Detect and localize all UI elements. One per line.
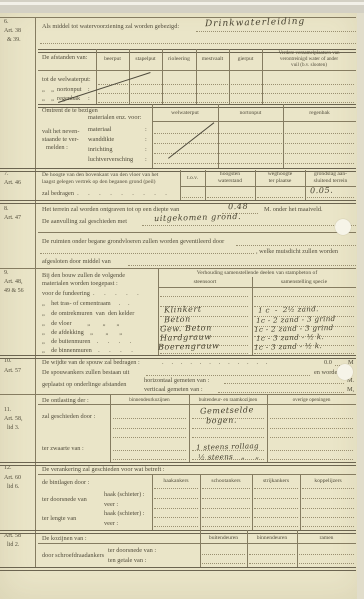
dotted-line: [98, 84, 354, 85]
dotted-line: [154, 488, 198, 489]
section-number: 8.: [4, 206, 9, 213]
scan-top-highlight: [0, 2, 364, 5]
ventilation-label: De ruimten onder begane grondvloeren zul…: [42, 238, 224, 245]
dotted-line: [192, 437, 264, 438]
article-label: Art. 57: [4, 368, 21, 375]
col-header-grondslag: sluitend terrein: [305, 178, 356, 184]
materialen-header: Omtrent de te bezigen: [42, 107, 98, 114]
kozijnen-header: De kozijnen van :: [42, 535, 87, 542]
backfill-label: De aanvulling zal geschieden met: [42, 218, 127, 225]
col-header-mestvaalt: mestvaalt: [196, 56, 229, 62]
ter-zwaarte-label: ter zwaarte van :: [42, 445, 84, 452]
ontlasting-handwritten: bogen.: [206, 416, 237, 426]
row-label-fundeering: voor de fundeering . . . . .: [42, 290, 139, 297]
steensoort-handwritten: Beton: [164, 315, 191, 325]
col-header-welwaterput: welwaterput: [152, 110, 218, 116]
col-header-haakankers: haakankers: [152, 478, 200, 484]
materials-used-label: materialen worden toegepast :: [42, 280, 118, 287]
schroefdraadankers-label: door schroefdraadankers: [42, 552, 104, 559]
column-divider: [305, 170, 306, 200]
ratio-header: Verhouding samenstellende deelen van sta…: [158, 270, 356, 276]
zwaarte-handwritten: 1 steens rollaag: [196, 441, 259, 452]
section-number: 7.: [4, 171, 9, 178]
row-label-vloer: „ de vloer „ „ „: [42, 320, 119, 327]
dotted-line: [249, 563, 295, 564]
margin-divider: [35, 17, 36, 567]
dotted-line: [224, 383, 344, 384]
dotted-line: [98, 102, 354, 103]
veer-label: veer :: [104, 501, 118, 508]
dotted-line: [113, 459, 186, 460]
column-divider: [252, 474, 253, 530]
dotted-line: [154, 526, 198, 527]
column-divider: [218, 104, 219, 168]
materialen-header: materialen enz. voor:: [88, 114, 141, 121]
dotted-line: [142, 225, 356, 226]
dotted-line: [202, 488, 250, 489]
article-label: Art. 46: [4, 180, 21, 187]
column-divider: [247, 530, 248, 567]
col-header-ramen: ramen: [297, 535, 356, 541]
zwaarte-handwritten: ½ steens „ „: [198, 451, 259, 462]
article-label: Art. 48,: [4, 279, 23, 286]
row-label-nortonput: „ „ nortonput :: [42, 86, 90, 93]
col-header-schootankers: schootankers: [200, 478, 252, 484]
section-number: 12.: [4, 465, 12, 472]
dotted-line: [113, 428, 186, 429]
dotted-line: [98, 93, 354, 94]
floor-height-label: laagst gelegen vertrek op den beganen gr…: [42, 179, 156, 185]
dotted-line: [202, 554, 245, 555]
veer-label: veer :: [104, 520, 118, 527]
side-note: valt het neven-: [42, 128, 79, 135]
dotted-line: [160, 296, 248, 297]
materials-used-label: Bij den bouw zullen de volgende: [42, 272, 125, 279]
dotted-line: [202, 508, 250, 509]
zal-geschieden-label: zal geschieden door :: [42, 413, 95, 420]
article-label: lid 2.: [7, 542, 19, 549]
col-header-strijkankers: strijkankers: [252, 478, 300, 484]
colon: :: [145, 156, 147, 163]
column-divider: [229, 49, 230, 104]
steensoort-handwritten: Boerengrauw: [158, 341, 220, 352]
hole-punch: [337, 364, 353, 380]
rule: [38, 232, 356, 233]
article-label: Art. 47: [4, 215, 21, 222]
dotted-line: [154, 163, 354, 164]
col-header-koppelijzers: koppelijzers: [300, 478, 356, 484]
mouseproof-label: , welke muisdicht zullen worden: [256, 248, 338, 255]
dotted-line: [154, 153, 354, 154]
side-note: melden :: [46, 144, 68, 151]
dotted-line: [270, 428, 353, 429]
column-divider: [200, 474, 201, 530]
unit-label: M,: [347, 386, 354, 393]
form-bottom-rule: [0, 567, 356, 571]
cavity-width-value: 0.0: [324, 359, 332, 366]
dotted-line: [154, 133, 354, 134]
dotted-line: [236, 245, 356, 246]
row-label-inrichting: inrichting: [88, 146, 112, 153]
column-divider: [129, 49, 130, 104]
dotted-line: [254, 296, 354, 297]
dotted-line: [254, 517, 298, 518]
spacing-label: geplaatst op onderlinge afstanden: [42, 381, 126, 388]
dotted-line: [128, 265, 356, 266]
column-divider: [152, 474, 153, 530]
col-header-binnendeuren: binnendeuren: [247, 535, 297, 541]
getale-label: ten getale van :: [108, 557, 146, 564]
dotted-line: [302, 508, 354, 509]
dotted-line: [202, 563, 245, 564]
section-rule: [0, 200, 356, 204]
dotted-line: [299, 554, 354, 555]
dotted-line: [270, 450, 353, 451]
hole-punch: [335, 219, 351, 235]
dotted-line: [40, 253, 254, 254]
dotted-line: [254, 526, 298, 527]
water-supply-handwritten-value: Drinkwaterleiding: [205, 17, 305, 30]
column-divider: [152, 104, 153, 168]
column-divider: [110, 394, 111, 462]
col-header-weghoogte: ter plaatse: [255, 178, 305, 184]
scan-right-edge: [357, 13, 364, 599]
dotted-line: [254, 508, 298, 509]
dotted-line: [202, 517, 250, 518]
steensoort-handwritten: Klinkert: [164, 305, 202, 315]
floor-height-label: De hoogte van den bovenkant van den vloe…: [42, 172, 158, 178]
article-label: Art. 58: [4, 533, 21, 540]
article-label: lid 3.: [7, 425, 19, 432]
dotted-line: [254, 353, 354, 354]
dotted-line: [257, 197, 303, 198]
dotted-line: [270, 437, 353, 438]
article-label: Art. 38: [4, 28, 21, 35]
dotted-line: [299, 563, 354, 564]
wall-ties-label: De spouwankers zullen bestaan uit: [42, 369, 129, 376]
row-label-luchtverversching: luchtverversching: [88, 156, 133, 163]
column-divider: [267, 394, 268, 462]
row-label-omtrekmuren: „ de omtrekmuren van den kelder: [42, 310, 134, 317]
distances-header: De afstanden van:: [42, 54, 87, 61]
colon: :: [145, 136, 147, 143]
dot-leader: . . . . . . . . . . . .: [162, 359, 267, 366]
column-divider: [96, 49, 97, 104]
column-divider: [255, 170, 256, 200]
column-divider: [205, 170, 206, 200]
section-number: 6.: [4, 19, 9, 26]
dotted-line: [160, 353, 248, 354]
bintlagen-label: de bintlagen door :: [42, 479, 89, 486]
rule: [38, 474, 356, 475]
row-label-binnenmuren: „ de binnenmuren . . . .: [42, 347, 133, 354]
col-header-buitendeurkozijnen: buitendeur- en raamkozijnen: [189, 398, 267, 404]
col-header-buitendeuren: buitendeuren: [200, 535, 247, 541]
article-label: Art. 58,: [4, 416, 23, 423]
dotted-line: [270, 459, 353, 460]
dotted-line: [307, 197, 354, 198]
height-handwritten-value: 0.05.: [310, 186, 334, 196]
dotted-line: [207, 197, 253, 198]
dotted-line: [146, 375, 310, 376]
dotted-line: [40, 43, 356, 44]
dotted-line: [254, 498, 298, 499]
article-label: & 39.: [7, 37, 21, 44]
excavation-label: Het terrein zal worden ontgraven tot op …: [42, 206, 179, 213]
dotted-line: [254, 488, 298, 489]
verankering-header: De verankering zal geschieden voor wat b…: [42, 466, 165, 473]
col-header-beerput: beerput: [96, 56, 129, 62]
dotted-line: [302, 526, 354, 527]
dotted-line: [202, 498, 250, 499]
ter-doorsnede-label: ter doorsnede van: [42, 496, 87, 503]
excavation-unit-label: M. onder het maaiveld.: [264, 206, 323, 213]
col-header-verzamelplaatsen: vuil (b.v. slooten): [262, 63, 356, 69]
column-divider: [162, 49, 163, 104]
rule: [38, 543, 356, 544]
col-header-nortonput: nortonput: [218, 110, 283, 116]
tov-label: t.o.v.: [180, 175, 205, 181]
dotted-line: [182, 197, 203, 198]
column-divider: [262, 49, 263, 104]
dotted-line: [113, 450, 186, 451]
colon: :: [145, 146, 147, 153]
haak-schieter-label: haak (schieter) :: [104, 510, 145, 517]
col-header-gierput: gierput: [229, 56, 262, 62]
col-header-regenbak: regenbak: [283, 110, 356, 116]
vertical-spacing-label: verticaal gemeten van :: [144, 386, 203, 393]
col-header-grondslag: grondslag aan-: [305, 171, 356, 177]
water-supply-label: Als middel tot watervoorziening zal word…: [42, 23, 179, 30]
specie-handwritten: 1 c - 2½ zand.: [258, 304, 319, 315]
haak-schieter-label: haak (schieter) :: [104, 491, 145, 498]
dotted-line: [192, 428, 264, 429]
column-divider: [300, 474, 301, 530]
column-divider: [196, 49, 197, 104]
dotted-line: [270, 418, 353, 419]
closed-by-label: afgesloten door middel van: [42, 258, 111, 265]
column-divider: [297, 530, 298, 567]
dotted-line: [154, 517, 198, 518]
row-label-welwaterput: tot de welwaterput:: [42, 76, 91, 83]
row-label-buitenmuren: „ de buitenmuren . . . .: [42, 338, 131, 345]
dotted-line: [113, 418, 186, 419]
dotted-line: [113, 437, 186, 438]
rule: [38, 404, 356, 405]
col-header-weghoogte: weghoogte: [255, 171, 305, 177]
dotted-line: [302, 517, 354, 518]
rule: [158, 287, 356, 288]
col-header-rioleering: rioleering: [162, 56, 196, 62]
rule: [152, 121, 356, 122]
col-header-specie: samenstelling specie: [252, 279, 356, 285]
column-divider: [189, 394, 190, 462]
colon: :: [145, 126, 147, 133]
cavity-width-label: De wijdte van de spouw zal bedragen :: [42, 359, 140, 366]
row-label-afdekking: „ de afdekking „ „ „: [42, 329, 122, 336]
dotted-line: [202, 526, 250, 527]
section-number: 10.: [4, 358, 12, 365]
doorsnede-label: ter doorsnede van :: [108, 547, 156, 554]
section-number: 11.: [4, 407, 11, 414]
zal-bedragen-label: zal bedragen . . . . . . . . .: [42, 190, 167, 197]
column-divider: [283, 104, 284, 168]
article-label: 49 & 56: [4, 288, 24, 295]
row-label-wanddikte: wanddikte: [88, 136, 114, 143]
section-rule: [0, 268, 356, 269]
row-label-cementraam: „ het tras- of cementraam . .: [42, 300, 130, 307]
depth-handwritten-value: 0.48: [228, 202, 248, 212]
ter-lengte-label: ter lengte van: [42, 515, 76, 522]
section-rule: [0, 394, 356, 395]
section-rule: [0, 530, 356, 534]
col-header-binnendeurkozijnen: binnendeurkozijnen: [110, 398, 189, 404]
dotted-line: [302, 498, 354, 499]
col-header-waterstand: hoogsten: [205, 171, 255, 177]
column-divider: [252, 277, 253, 355]
side-note: staande te ver-: [42, 136, 79, 143]
article-label: lid 6.: [7, 484, 19, 491]
scanned-form-page: 6. Art. 38 & 39. 7. Art. 46 8. Art. 47 9…: [0, 0, 364, 599]
rule: [38, 70, 356, 71]
horizontal-spacing-label: horizontaal gemeten van :: [144, 377, 209, 384]
dotted-line: [154, 508, 198, 509]
section-number: 9.: [4, 270, 9, 277]
row-label-materiaal: materiaal: [88, 126, 111, 133]
specie-handwritten: 1c - 3 zand - ½ k.: [254, 341, 322, 352]
dotted-line: [154, 498, 198, 499]
ontlasting-handwritten: Gemetselde: [200, 405, 254, 415]
backfill-handwritten-value: uitgekomen grond.: [154, 212, 241, 223]
ontlasting-header: De ontlasting der :: [42, 397, 89, 404]
col-header-steensoort: steensoort: [158, 279, 252, 285]
dotted-line: [218, 392, 344, 393]
col-header-stapelput: stapelput: [129, 56, 162, 62]
article-label: Art. 60: [4, 475, 21, 482]
column-divider: [180, 170, 181, 200]
col-header-waterstand: waterstand: [205, 178, 255, 184]
col-header-overige-openingen: overige openingen: [267, 398, 356, 404]
dotted-line: [302, 488, 354, 489]
column-divider: [200, 530, 201, 567]
dotted-line: [249, 554, 295, 555]
dotted-line: [196, 31, 356, 32]
